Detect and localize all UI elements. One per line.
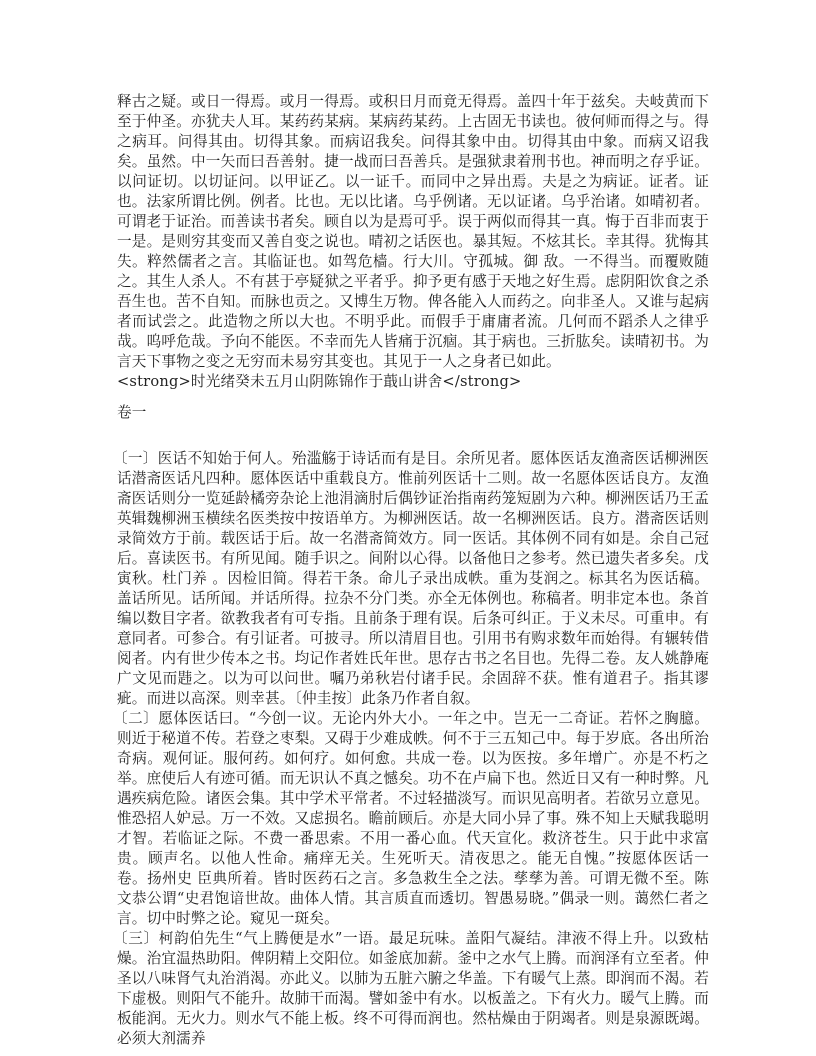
volume-heading: 卷一 — [117, 403, 709, 423]
preface-signature: <strong>时光绪癸未五月山阴陈锦作于蕺山讲舍</strong> — [117, 372, 709, 392]
preface-paragraph: 释古之疑。或日一得焉。或月一得焉。或积日月而竟无得焉。盖四十年于兹矣。夫岐黄而下… — [117, 92, 709, 372]
document-page: 释古之疑。或日一得焉。或月一得焉。或积日月而竟无得焉。盖四十年于兹矣。夫岐黄而下… — [117, 92, 709, 1049]
entry-1: 〔一〕医话不知始于何人。殆滥觞于诗话而有是目。余所见者。愿体医话友渔斋医话柳洲医… — [117, 449, 709, 709]
entry-2: 〔二〕愿体医话曰。“今创一议。无论内外大小。一年之中。岂无一二奇证。若怀之胸臆。… — [117, 709, 709, 929]
section-spacer — [117, 423, 709, 449]
entry-3: 〔三〕柯韵伯先生“气上腾便是水”一语。最足玩味。盖阳气凝结。津液不得上升。以致枯… — [117, 929, 709, 1049]
